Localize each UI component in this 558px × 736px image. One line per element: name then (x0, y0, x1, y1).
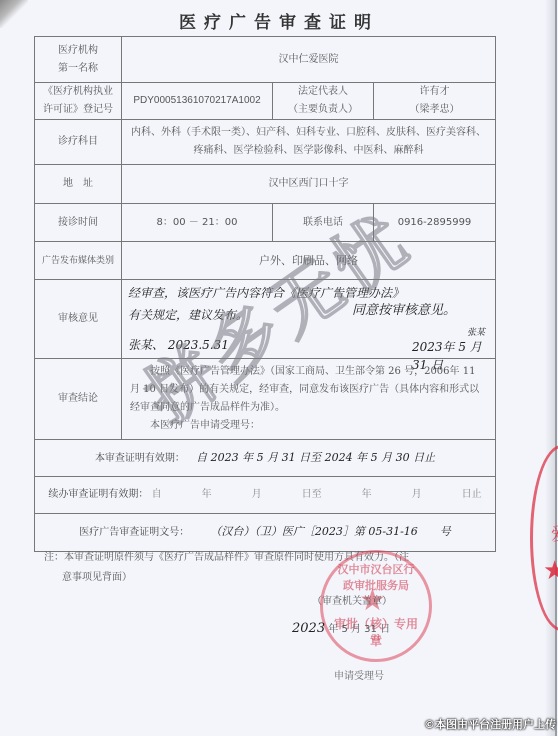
address-value: 汉中区西门口十字 (122, 165, 496, 204)
certificate-table: 医疗机构 第一名称 汉中仁爱医院 《医疗机构执业 许可证》登记号 PDY0005… (34, 36, 496, 552)
departments-label: 诊疗科目 (35, 120, 122, 165)
address-label: 地 址 (35, 165, 122, 204)
row-renewal: 续办审查证明有效期： 自 年 月 日至 年 月 日止 (35, 477, 496, 514)
stamp2-star-icon: ★ (543, 556, 558, 586)
application-number-label: 申请受理号 (334, 667, 384, 682)
validity-row: 本审查证明有效期： 自 2023 年 5 月 31 日至 2024 年 5 月 … (35, 440, 496, 477)
row-media: 广告发布媒体类别 户外、印刷品、网络 (35, 242, 496, 280)
document-title: 医疗广告审查证明 (0, 8, 558, 33)
validity-value: 自 2023 年 5 月 31 日至 2024 年 5 月 30 日止 (196, 451, 435, 464)
phone-value: 0916-2895999 (374, 204, 496, 242)
review-handwriting-approval: 同意按审核意见。 (352, 302, 456, 320)
row-institution: 医疗机构 第一名称 汉中仁爱医院 (35, 37, 496, 83)
renewal-label: 续办审查证明有效期： (48, 489, 148, 500)
license-label: 《医疗机构执业 许可证》登记号 (35, 83, 122, 120)
doc-number-row: 医疗广告审查证明文号： （汉台）（卫）医广［2023］第 05-31-16 号 (35, 514, 496, 552)
hours-label: 接诊时间 (35, 204, 122, 242)
seal-date: 2023 年 5 月 31 日 (292, 620, 390, 636)
review-signature-1: 张某、 2023.5.31 (128, 336, 229, 354)
review-signature-2: 张某 (467, 324, 485, 342)
row-validity: 本审查证明有效期： 自 2023 年 5 月 31 日至 2024 年 5 月 … (35, 440, 496, 477)
row-address: 地 址 汉中区西门口十字 (35, 165, 496, 204)
institution-label: 医疗机构 第一名称 (35, 37, 122, 83)
hours-value: 8：00 － 21：00 (122, 204, 273, 242)
review-label: 审核意见 (35, 280, 122, 359)
copyright-notice: ©本图由平台注册用户上传 (424, 716, 556, 732)
renewal-value: 自 年 月 日至 年 月 日止 (152, 489, 482, 500)
seal-label: （审查机关盖章） (312, 592, 392, 607)
review-handwriting-line2: 有关规定，建议发布。 (128, 306, 248, 324)
row-doc-number: 医疗广告审查证明文号： （汉台）（卫）医广［2023］第 05-31-16 号 (35, 514, 496, 552)
media-value: 户外、印刷品、网络 (122, 242, 496, 280)
row-review: 审核意见 经审查，该医疗广告内容符合《医疗广告管理办法》 有关规定，建议发布。 … (35, 280, 496, 359)
institution-name: 汉中仁爱医院 (122, 37, 496, 83)
validity-label: 本审查证明有效期： (95, 453, 185, 464)
legal-rep-name: 许有才 （梁孝忠） (374, 83, 496, 120)
review-handwriting-line1: 经审查，该医疗广告内容符合《医疗广告管理办法》 (128, 284, 404, 302)
license-number: PDY00051361070217A1002 (122, 83, 273, 120)
departments-value: 内科、外科（手术限一类）、妇产科、妇科专业、口腔科、皮肤科、医疗美容科、 疼痛科… (122, 120, 496, 165)
media-label: 广告发布媒体类别 (35, 242, 122, 280)
seal-date-year: 2023 (292, 621, 325, 636)
conclusion-label: 审查结论 (35, 359, 122, 440)
renewal-row: 续办审查证明有效期： 自 年 月 日至 年 月 日止 (35, 477, 496, 514)
phone-label: 联系电话 (273, 204, 374, 242)
doc-number-label: 医疗广告审查证明文号： (79, 527, 189, 538)
review-opinion: 经审查，该医疗广告内容符合《医疗广告管理办法》 有关规定，建议发布。 张某、 2… (122, 280, 496, 359)
doc-number-value: （汉台）（卫）医广［2023］第 05-31-16 号 (210, 525, 450, 538)
seal-date-rest: 年 5 月 31 日 (328, 624, 390, 635)
review-signature-date: 2023年 5 月 31 日 (412, 338, 495, 374)
legal-rep-label: 法定代表人 （主要负责人） (273, 83, 374, 120)
stamp2-char: 爱 (551, 520, 558, 546)
row-departments: 诊疗科目 内科、外科（手术限一类）、妇产科、妇科专业、口腔科、皮肤科、医疗美容科… (35, 120, 496, 165)
row-hours: 接诊时间 8：00 － 21：00 联系电话 0916-2895999 (35, 204, 496, 242)
hospital-seal-stamp-partial: 爱 ★ (530, 445, 558, 631)
row-license: 《医疗机构执业 许可证》登记号 PDY00051361070217A1002 法… (35, 83, 496, 120)
